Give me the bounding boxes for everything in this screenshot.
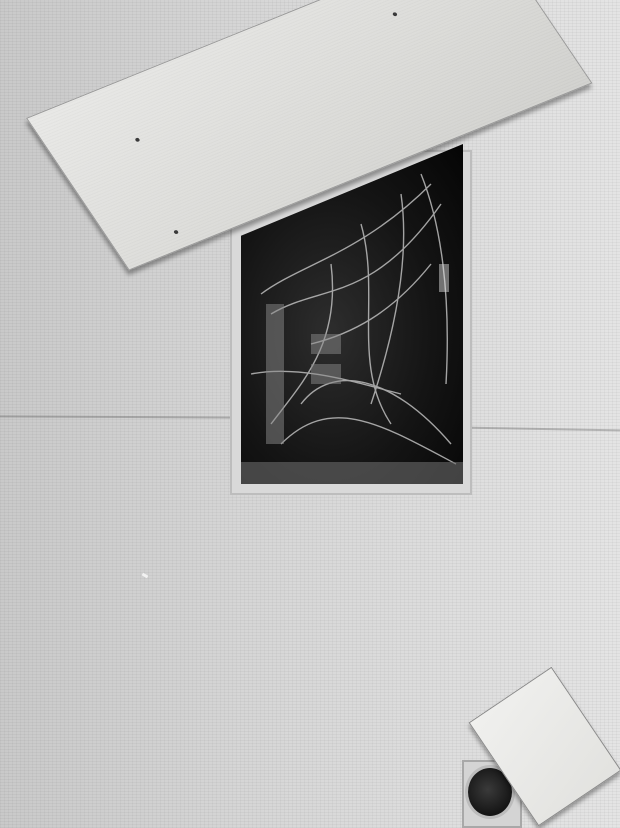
screw-hole <box>392 12 398 17</box>
screw-hole <box>134 137 140 142</box>
photograph <box>0 0 620 828</box>
wall-seam <box>465 427 620 432</box>
screw-hole <box>173 230 179 235</box>
wall-seam <box>0 415 240 418</box>
paint-speck <box>142 573 149 579</box>
